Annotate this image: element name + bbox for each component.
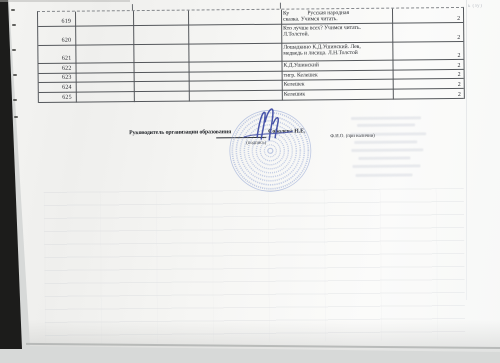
table-line-stub — [280, 3, 281, 9]
bleed-through-text — [352, 164, 420, 168]
book-inventory-table: 619 Ку Русская народная сказка. Учимся ч… — [37, 7, 465, 103]
document-content: 619 Ку Русская народная сказка. Учимся ч… — [0, 0, 500, 363]
book-title-cell: К.Д.Ушинский — [283, 62, 390, 69]
bleed-through-text — [354, 140, 417, 144]
fio-caption: Ф.И.О. (при наличии) — [330, 134, 375, 139]
bleed-through-text — [357, 123, 415, 127]
row-number: 624 — [39, 85, 72, 91]
quantity-cell: 2 — [392, 16, 460, 23]
row-number: 621 — [38, 56, 71, 62]
quantity-cell: 2 — [392, 53, 460, 60]
handwritten-signature — [238, 104, 300, 147]
row-number: 625 — [39, 95, 72, 101]
quantity-cell: 2 — [392, 35, 460, 42]
quantity-cell: 2 — [393, 63, 461, 70]
bleed-through-grid — [44, 188, 465, 344]
table-line-stub — [132, 4, 133, 10]
row-number: 619 — [38, 19, 71, 25]
quantity-cell: 2 — [393, 72, 461, 79]
book-title-cell: Кто лучше всех? Учимся читать. Л.Толстой… — [283, 25, 390, 39]
quantity-cell: 2 — [393, 92, 461, 99]
scanned-document-page: { "document": { "table": { "rows": [ {"n… — [0, 0, 500, 363]
quantity-cell: 2 — [393, 82, 461, 89]
book-title-cell: Келешек — [284, 81, 391, 88]
row-number: 622 — [39, 66, 72, 72]
bleed-through-text — [358, 156, 410, 159]
role-label: Руководитель организации образования — [129, 129, 231, 136]
row-number: 623 — [39, 75, 72, 81]
bleed-through-text — [351, 148, 423, 152]
book-title-cell: Келешик — [284, 91, 391, 98]
book-title-cell: тигр. Келешек — [284, 72, 391, 79]
book-title-cell: Лошадкино К.Д.Ушинский. Лев, медведь и л… — [283, 44, 390, 58]
bleed-through-text — [351, 116, 421, 120]
book-title-cell: Ку Русская народная сказка. Учимся читат… — [283, 10, 390, 24]
bleed-through-text — [356, 173, 413, 177]
row-number: 620 — [38, 38, 71, 44]
